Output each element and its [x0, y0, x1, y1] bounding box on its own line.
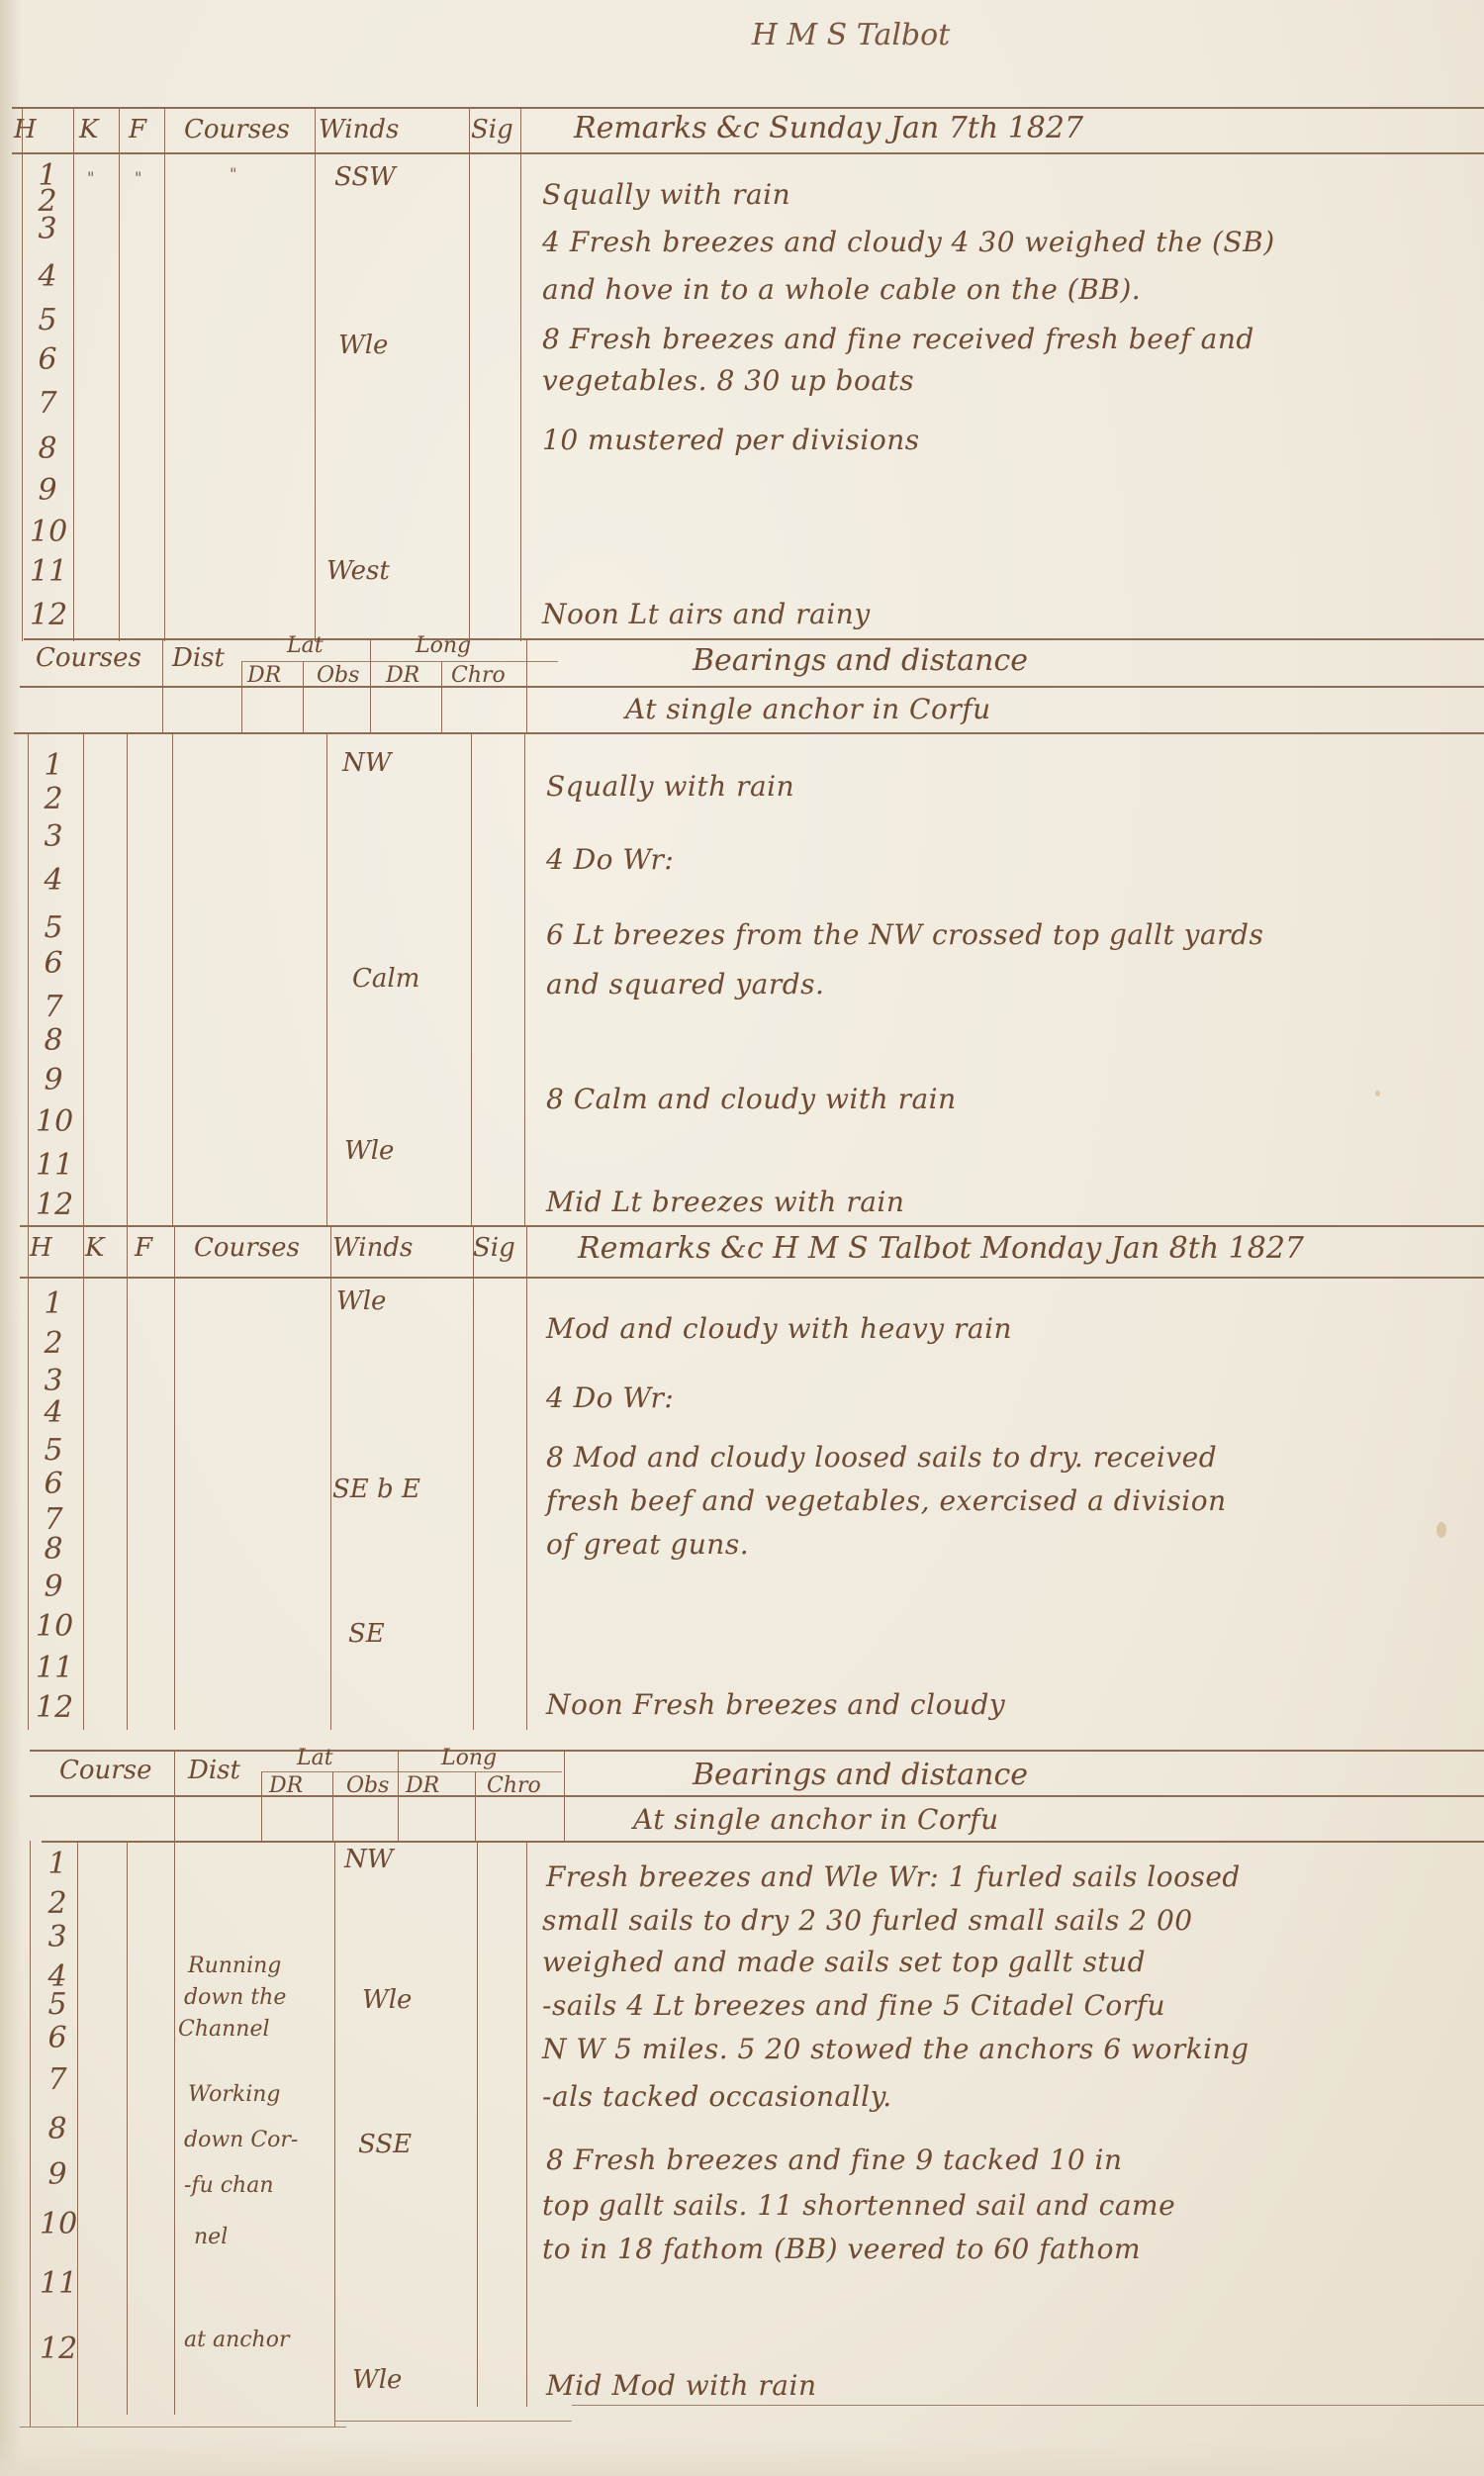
wind-cell: Wle: [344, 1136, 394, 1166]
rule: [334, 2421, 572, 2422]
hour-cell: 3: [36, 1364, 71, 1398]
remark-line: Squally with rain: [546, 770, 794, 803]
rule: [30, 1750, 1484, 1752]
header-lat-dr: DR: [247, 663, 281, 688]
hour-cell: 1: [40, 1847, 75, 1881]
hour-cell: 5: [36, 1433, 71, 1468]
remarks-title-day2: Remarks &c H M S Talbot Monday Jan 8th 1…: [578, 1231, 1304, 1266]
col-line: [526, 1841, 527, 2407]
remark-line: weighed and made sails set top gallt stu…: [542, 1946, 1146, 1978]
col-line: [83, 1225, 84, 1730]
rule: [42, 1841, 1484, 1843]
bearings-value: At single anchor in Corfu: [633, 1803, 999, 1836]
rule: [24, 638, 1484, 640]
remark-line: Mod and cloudy with heavy rain: [546, 1312, 1012, 1345]
col-line: [127, 732, 128, 1227]
header-bearings: Bearings and distance: [693, 1758, 1028, 1792]
hour-cell: 11: [36, 1651, 71, 1685]
remark-line: 8 Fresh breezes and fine 9 tacked 10 in: [546, 2143, 1123, 2176]
remark-line: and squared yards.: [546, 968, 824, 1000]
col-line: [471, 732, 472, 1227]
wind-cell: SE b E: [332, 1475, 420, 1504]
header-lat: Lat: [287, 633, 324, 658]
hour-cell: 3: [36, 819, 71, 854]
col-line: [241, 661, 242, 732]
rule: [241, 661, 558, 662]
remark-line: 8 Mod and cloudy loosed sails to dry. re…: [546, 1441, 1217, 1474]
remark-line: Mid Mod with rain: [546, 2369, 816, 2402]
hour-cell: 2: [36, 1326, 71, 1361]
header-fathoms: F: [135, 1233, 152, 1263]
col-line: [473, 1225, 474, 1730]
hour-cell: 4: [30, 259, 65, 294]
rule: [14, 732, 1484, 734]
ditto-mark: ": [135, 168, 141, 187]
remark-line: fresh beef and vegetables, exercised a d…: [546, 1484, 1227, 1517]
hour-cell: 12: [36, 1690, 71, 1725]
col-line: [526, 1225, 527, 1730]
rule: [20, 1277, 1484, 1279]
remark-line: -als tacked occasionally.: [542, 2080, 892, 2113]
wind-cell: NW: [344, 1845, 393, 1874]
header-lat: Lat: [297, 1746, 333, 1770]
col-line: [441, 661, 442, 732]
hour-cell: 5: [30, 303, 65, 337]
course-note: nel: [194, 2227, 228, 2248]
logbook-page: H M S Talbot H K F Courses Winds Sig Rem…: [0, 0, 1484, 2476]
col-line: [370, 638, 371, 732]
hour-cell: 12: [30, 598, 65, 632]
remark-line: 4 Do Wr:: [546, 1381, 674, 1414]
hour-cell: 11: [40, 2266, 75, 2301]
hour-cell: 12: [36, 1188, 71, 1222]
col-line: [398, 1750, 399, 1841]
wind-cell: SSE: [358, 2130, 412, 2159]
header-course: Courses: [36, 643, 141, 673]
header-courses: Courses: [184, 115, 290, 144]
hour-cell: 10: [36, 1609, 71, 1644]
course-note: -fu chan: [184, 2175, 274, 2197]
hour-cell: 7: [40, 2062, 75, 2097]
col-line: [332, 1771, 333, 1841]
header-knots: K: [79, 115, 98, 144]
hour-cell: 12: [40, 2332, 75, 2366]
remark-line: 4 Do Wr:: [546, 843, 674, 876]
rule: [30, 1795, 1484, 1797]
rule: [20, 686, 1484, 688]
col-line: [174, 1750, 175, 1841]
hour-cell: 6: [36, 946, 71, 981]
hour-cell: 10: [40, 2207, 75, 2241]
col-line: [524, 732, 525, 1227]
col-line: [127, 1225, 128, 1730]
col-line: [526, 638, 527, 732]
col-line: [326, 732, 327, 1227]
header-sig: Sig: [471, 115, 513, 144]
col-line: [330, 1225, 331, 1730]
col-line: [172, 732, 173, 1227]
col-line: [83, 732, 84, 1227]
col-line: [28, 1225, 29, 1730]
wind-cell: Wle: [336, 1286, 386, 1316]
rule: [12, 152, 1484, 154]
hour-cell: 1: [36, 748, 71, 783]
wind-cell: Wle: [362, 1985, 412, 2015]
remark-line: to in 18 fathom (BB) veered to 60 fathom: [542, 2233, 1141, 2265]
header-lat-dr: DR: [269, 1773, 303, 1798]
course-note: at anchor: [184, 2330, 290, 2351]
hour-cell: 6: [40, 2021, 75, 2055]
hour-cell: 7: [30, 386, 65, 421]
remark-line: Mid Lt breezes with rain: [546, 1186, 904, 1218]
col-line: [303, 661, 304, 732]
wind-cell: Wle: [352, 2365, 402, 2395]
rule: [572, 2405, 1484, 2406]
col-line: [22, 107, 23, 641]
remark-line: N W 5 miles. 5 20 stowed the anchors 6 w…: [542, 2033, 1250, 2065]
hour-cell: 10: [30, 515, 65, 549]
header-lat-obs: Obs: [346, 1773, 389, 1798]
course-note: Running: [188, 1955, 281, 1977]
header-course: Course: [59, 1756, 151, 1785]
remark-line: top gallt sails. 11 shortenned sail and …: [542, 2189, 1175, 2222]
header-long-chro: Chro: [487, 1773, 541, 1798]
header-winds: Winds: [332, 1233, 413, 1263]
header-long: Long: [441, 1746, 497, 1770]
header-dist: Dist: [188, 1756, 240, 1785]
remark-line: -sails 4 Lt breezes and fine 5 Citadel C…: [542, 1989, 1165, 2022]
page-title: H M S Talbot: [673, 18, 1029, 52]
remark-line: small sails to dry 2 30 furled small sai…: [542, 1904, 1193, 1937]
hour-cell: 2: [40, 1886, 75, 1921]
remark-line: and hove in to a whole cable on the (BB)…: [542, 273, 1141, 306]
col-line: [162, 638, 163, 732]
remark-line: 4 Fresh breezes and cloudy 4 30 weighed …: [542, 226, 1275, 258]
rule: [20, 2427, 346, 2428]
hour-cell: 1: [36, 1286, 71, 1321]
course-note: down Cor-: [184, 2130, 298, 2151]
rule: [20, 1225, 1484, 1227]
col-line: [477, 1841, 478, 2407]
remark-line: 8 Fresh breezes and fine received fresh …: [542, 323, 1254, 355]
header-long: Long: [416, 633, 471, 658]
hour-cell: 5: [40, 1987, 75, 2022]
col-line: [475, 1771, 476, 1841]
wind-cell: Calm: [352, 964, 419, 994]
hour-cell: 6: [30, 342, 65, 377]
col-line: [127, 1841, 128, 2415]
header-hour: H: [30, 1233, 52, 1263]
header-dist: Dist: [172, 643, 225, 673]
bearings-value: At single anchor in Corfu: [625, 693, 991, 725]
header-fathoms: F: [129, 115, 146, 144]
wind-cell: West: [326, 556, 390, 586]
header-lat-obs: Obs: [317, 663, 359, 688]
header-hour: H: [14, 115, 37, 144]
hour-cell: 4: [36, 1395, 71, 1430]
remarks-title-day1: Remarks &c Sunday Jan 7th 1827: [574, 111, 1083, 145]
remark-line: vegetables. 8 30 up boats: [542, 364, 914, 397]
remark-line: Noon Lt airs and rainy: [542, 598, 871, 630]
rule: [261, 1771, 562, 1772]
remark-line: Noon Fresh breezes and cloudy: [546, 1688, 1005, 1721]
hour-cell: 6: [36, 1467, 71, 1501]
header-courses: Courses: [194, 1233, 300, 1263]
col-line: [520, 107, 521, 641]
remark-line: Squally with rain: [542, 178, 790, 211]
header-long-chro: Chro: [451, 663, 506, 688]
wind-cell: Wle: [338, 331, 388, 360]
col-line: [564, 1750, 565, 1841]
hour-cell: 7: [36, 990, 71, 1024]
course-note: Channel: [178, 2019, 270, 2041]
hour-cell: 5: [36, 910, 71, 945]
wind-cell: SSW: [334, 162, 396, 192]
ditto-mark: ": [87, 168, 94, 187]
course-note: Working: [188, 2084, 281, 2106]
header-long-dr: DR: [406, 1773, 439, 1798]
remark-line: of great guns.: [546, 1528, 749, 1561]
col-line: [164, 107, 165, 641]
hour-cell: 8: [30, 431, 65, 466]
hour-cell: 8: [40, 2112, 75, 2146]
hour-cell: 2: [36, 782, 71, 816]
remark-line: 10 mustered per divisions: [542, 424, 920, 456]
hour-cell: 8: [36, 1532, 71, 1567]
col-line: [261, 1771, 262, 1841]
col-line: [77, 1841, 78, 2427]
hour-cell: 3: [30, 212, 65, 246]
header-long-dr: DR: [386, 663, 419, 688]
col-line: [28, 732, 29, 1227]
header-winds: Winds: [319, 115, 399, 144]
header-sig: Sig: [473, 1233, 515, 1263]
hour-cell: 11: [30, 554, 65, 589]
hour-cell: 11: [36, 1148, 71, 1183]
header-bearings: Bearings and distance: [693, 643, 1028, 678]
hour-cell: 9: [36, 1063, 71, 1097]
hour-cell: 9: [36, 1570, 71, 1604]
rule: [12, 107, 1484, 109]
hour-cell: 10: [36, 1104, 71, 1139]
hour-cell: 4: [36, 863, 71, 898]
col-line: [315, 107, 316, 641]
remark-line: 8 Calm and cloudy with rain: [546, 1083, 957, 1115]
col-line: [174, 1841, 175, 2415]
col-line: [30, 1841, 31, 2427]
col-line: [334, 1841, 335, 2427]
wind-cell: NW: [342, 748, 391, 778]
ditto-mark: ": [230, 164, 236, 183]
wind-cell: SE: [348, 1619, 385, 1649]
paper-stain: [1375, 1091, 1380, 1096]
col-line: [174, 1225, 175, 1730]
hour-cell: 8: [36, 1023, 71, 1058]
hour-cell: 9: [30, 473, 65, 508]
col-line: [119, 107, 120, 641]
remark-line: Fresh breezes and Wle Wr: 1 furled sails…: [546, 1860, 1241, 1893]
paper-stain: [1437, 1522, 1446, 1538]
col-line: [469, 107, 470, 641]
header-knots: K: [85, 1233, 104, 1263]
remark-line: 6 Lt breezes from the NW crossed top gal…: [546, 918, 1263, 951]
hour-cell: 9: [40, 2157, 75, 2192]
hour-cell: 3: [40, 1920, 75, 1954]
col-line: [73, 107, 74, 641]
course-note: down the: [184, 1987, 286, 2009]
